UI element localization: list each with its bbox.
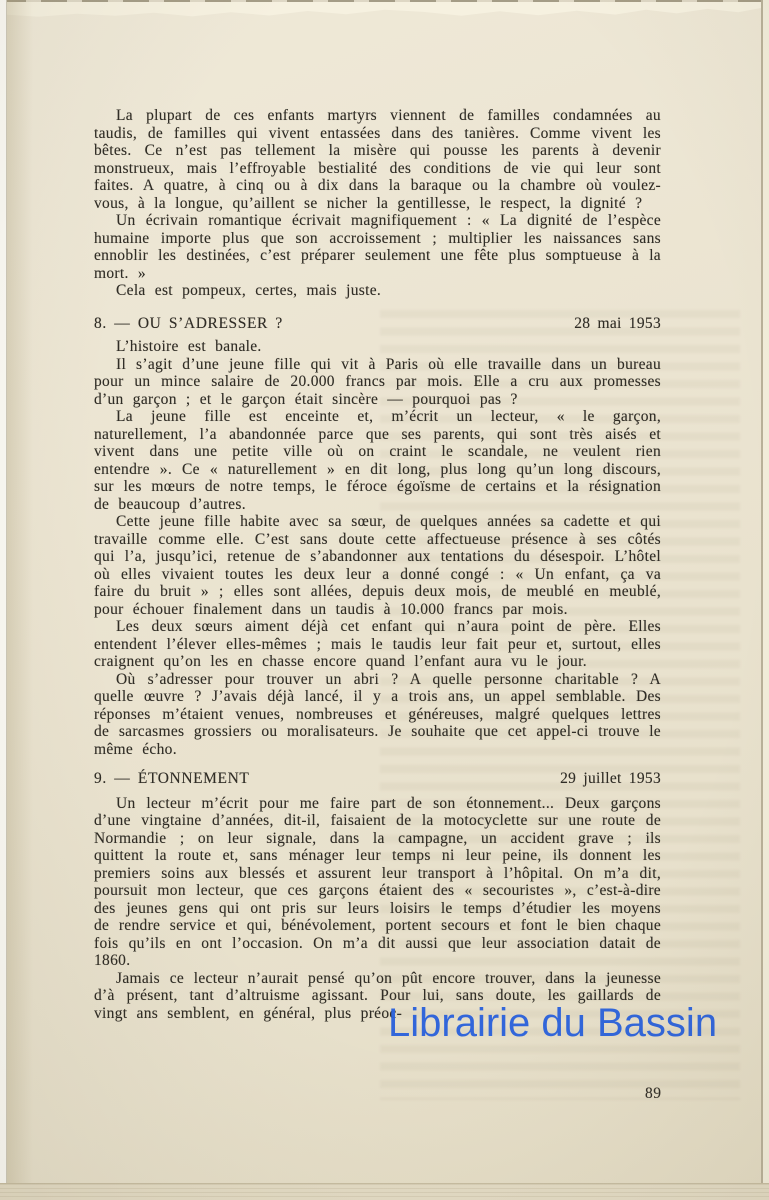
page-left-edge bbox=[0, 0, 7, 1200]
bookseller-watermark: Librairie du Bassin bbox=[388, 1003, 717, 1043]
book-page-photo: La plupart de ces enfants martyrs vienne… bbox=[0, 0, 769, 1200]
section-9-paragraph: Un lecteur m’écrit pour me faire part de… bbox=[94, 795, 661, 970]
page-top-edge bbox=[0, 2, 769, 17]
intro-paragraph: Un écrivain romantique écrivait magnifiq… bbox=[94, 212, 661, 282]
gutter-shadow bbox=[7, 0, 33, 1200]
section-8-heading: 8. — OU S’ADRESSER ? 28 mai 1953 bbox=[94, 315, 661, 333]
section-8-date: 28 mai 1953 bbox=[574, 315, 661, 333]
section-8-paragraph: Cette jeune fille habite avec sa sœur, d… bbox=[94, 513, 661, 618]
intro-paragraph: Cela est pompeux, certes, mais juste. bbox=[94, 282, 661, 300]
section-8-paragraph: L’histoire est banale. bbox=[94, 338, 661, 356]
section-8-paragraph: Il s’agit d’une jeune fille qui vit à Pa… bbox=[94, 356, 661, 409]
section-9-heading: 9. — ÉTONNEMENT 29 juillet 1953 bbox=[94, 770, 661, 788]
section-9-title: 9. — ÉTONNEMENT bbox=[94, 770, 250, 788]
page-number: 89 bbox=[645, 1085, 662, 1103]
section-8-title: 8. — OU S’ADRESSER ? bbox=[94, 315, 283, 333]
page-text-block: La plupart de ces enfants martyrs vienne… bbox=[94, 107, 661, 1022]
section-8-paragraph: Où s’adresser pour trouver un abri ? A q… bbox=[94, 671, 661, 759]
section-8-paragraph: La jeune fille est enceinte et, m’écrit … bbox=[94, 408, 661, 513]
page-bottom-edge bbox=[0, 1183, 769, 1200]
section-9-date: 29 juillet 1953 bbox=[560, 770, 661, 788]
page-right-edge bbox=[761, 0, 769, 1200]
section-8-paragraph: Les deux sœurs aiment déjà cet enfant qu… bbox=[94, 618, 661, 671]
intro-paragraph: La plupart de ces enfants martyrs vienne… bbox=[94, 107, 661, 212]
